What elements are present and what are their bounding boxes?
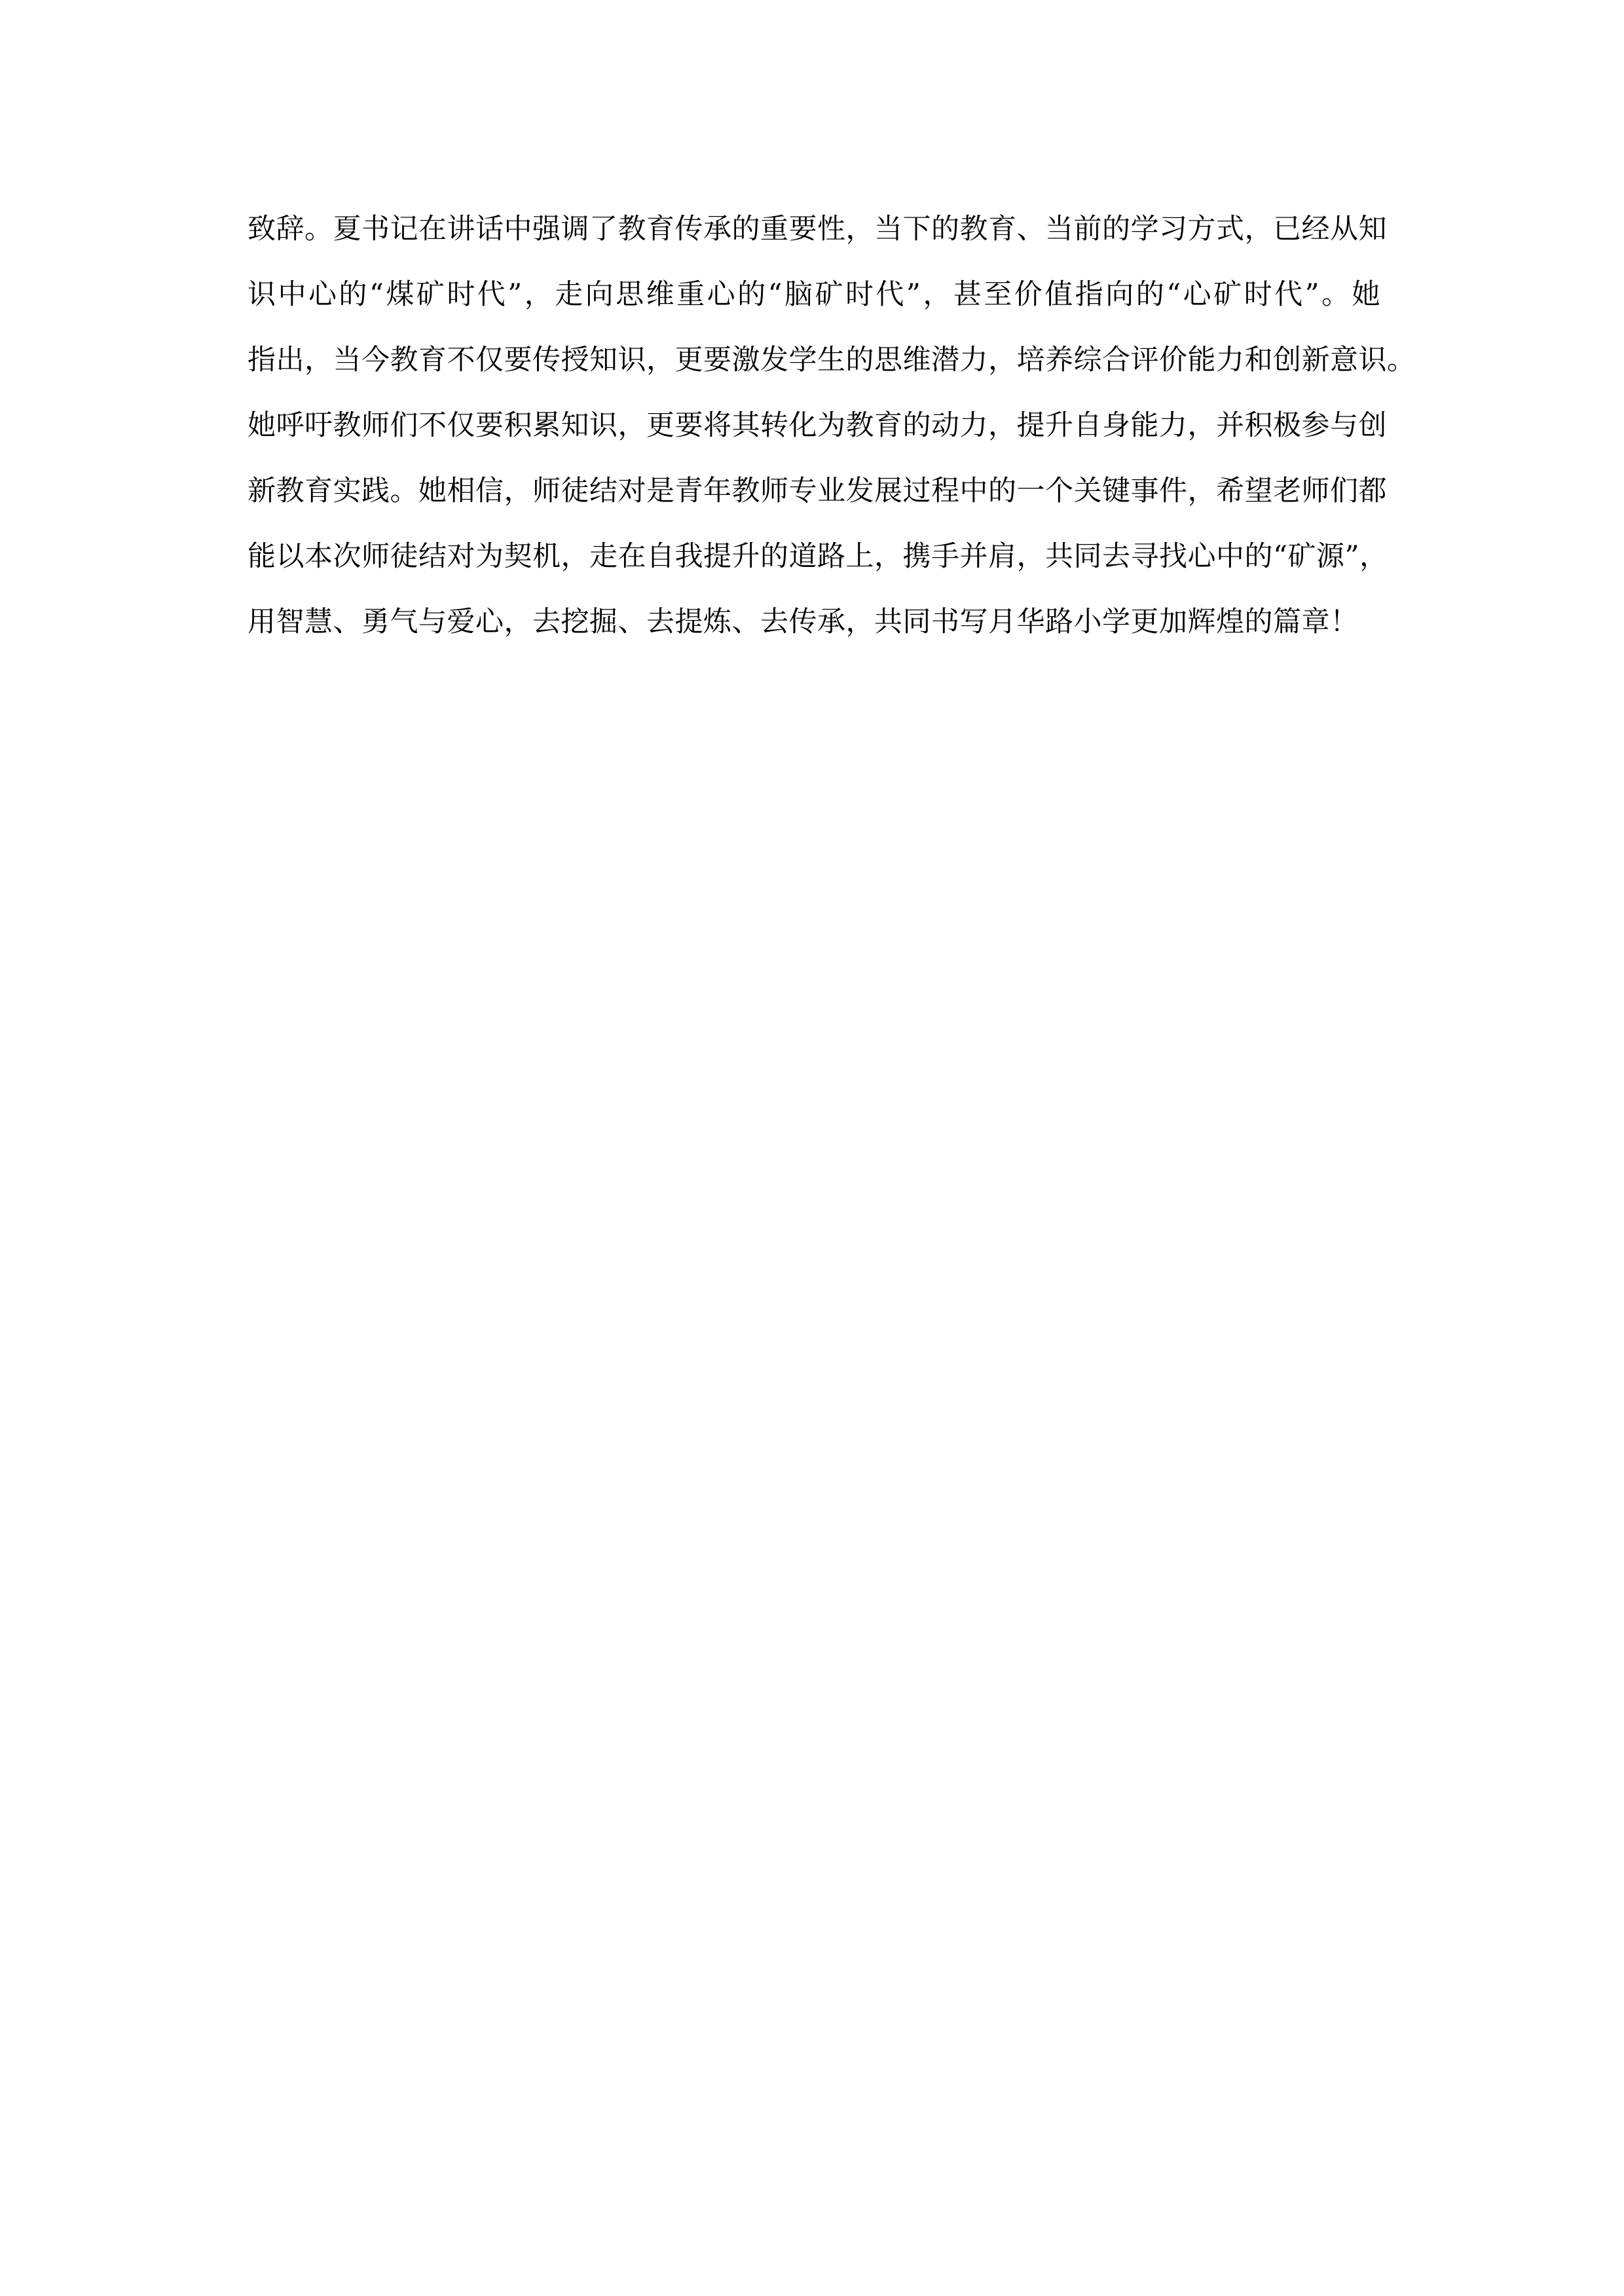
text-line-5: 新教育实践。她相信，师徒结对是青年教师专业发展过程中的一个关键事件，希望老师们都	[248, 458, 1380, 524]
document-page: 致辞。夏书记在讲话中强调了教育传承的重要性，当下的教育、当前的学习方式，已经从知…	[0, 0, 1624, 2296]
text-line-1: 致辞。夏书记在讲话中强调了教育传承的重要性，当下的教育、当前的学习方式，已经从知	[248, 196, 1380, 262]
text-line-7: 用智慧、勇气与爱心，去挖掘、去提炼、去传承，共同书写月华路小学更加辉煌的篇章！	[248, 589, 1380, 655]
text-line-6: 能以本次师徒结对为契机，走在自我提升的道路上，携手并肩，共同去寻找心中的“矿源”…	[248, 524, 1380, 589]
paragraph: 致辞。夏书记在讲话中强调了教育传承的重要性，当下的教育、当前的学习方式，已经从知…	[248, 196, 1380, 655]
text-line-2: 识中心的“煤矿时代”，走向思维重心的“脑矿时代”，甚至价值指向的“心矿时代”。她	[248, 262, 1380, 327]
text-line-4: 她呼吁教师们不仅要积累知识，更要将其转化为教育的动力，提升自身能力，并积极参与创	[248, 393, 1380, 458]
text-line-3: 指出，当今教育不仅要传授知识，更要激发学生的思维潜力，培养综合评价能力和创新意识…	[248, 327, 1380, 393]
